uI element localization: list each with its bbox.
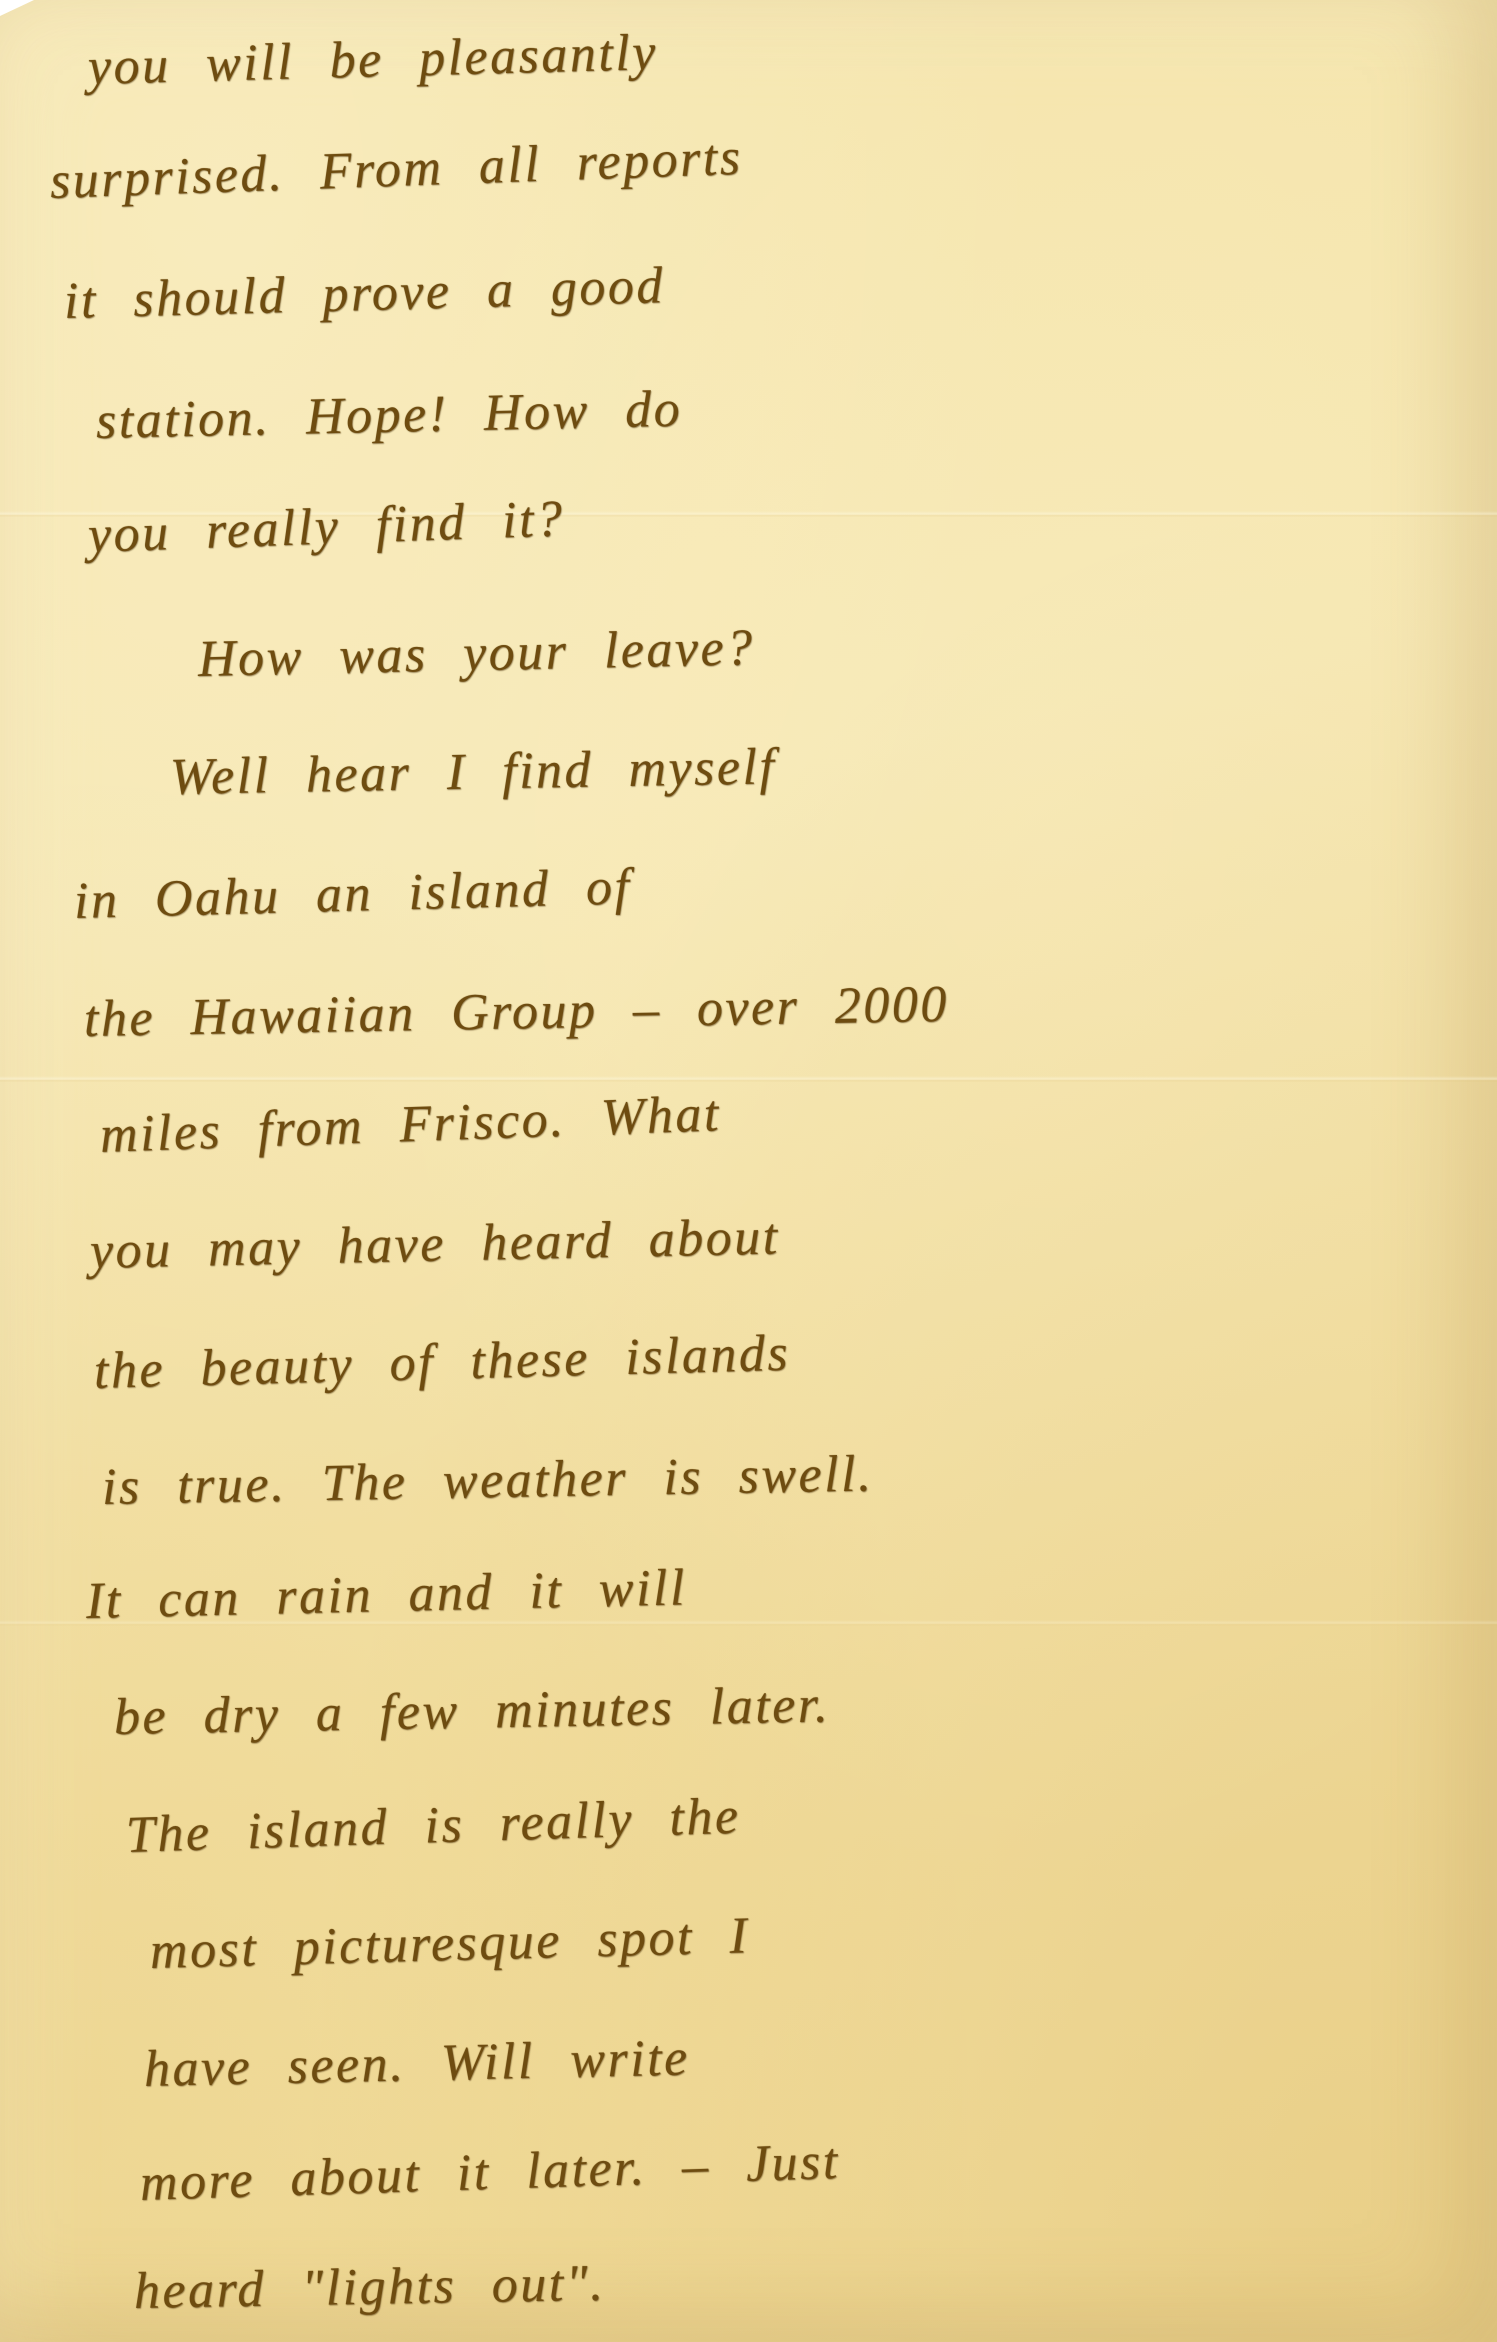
handwriting-block: you will be pleasantly surprised. From a… — [0, 0, 1497, 2342]
scanned-letter-screenshot: { "document": { "kind": "handwritten let… — [0, 0, 1497, 2342]
handwriting-line-4: station. Hope! How do — [95, 380, 682, 451]
handwriting-line-9: the Hawaiian Group – over 2000 — [83, 975, 949, 1049]
handwriting-line-13: is true. The weather is swell. — [101, 1445, 873, 1517]
handwriting-line-19: more about it later. – Just — [139, 2132, 841, 2213]
handwriting-line-5: you really find it? — [87, 489, 566, 565]
handwriting-line-15: be dry a few minutes later. — [113, 1676, 830, 1747]
handwriting-line-3: it should prove a good — [63, 256, 665, 331]
handwriting-line-20: heard "lights out". — [133, 2254, 606, 2321]
handwriting-line-16: The island is really the — [125, 1787, 741, 1865]
handwriting-line-12: the beauty of these islands — [93, 1324, 791, 1401]
handwriting-line-11: you may have heard about — [89, 1208, 780, 1281]
handwriting-line-18: have seen. Will write — [143, 2029, 690, 2099]
handwriting-line-14: It can rain and it will — [85, 1558, 687, 1631]
handwriting-line-6: How was your leave? — [197, 618, 755, 689]
handwriting-line-7: Well hear I find myself — [169, 737, 776, 807]
handwriting-line-8: in Oahu an island of — [73, 857, 632, 931]
handwriting-line-1: you will be pleasantly — [87, 23, 658, 97]
handwriting-line-10: miles from Frisco. What — [99, 1084, 722, 1165]
handwriting-line-2: surprised. From all reports — [49, 128, 743, 211]
handwriting-line-17: most picturesque spot I — [149, 1906, 750, 1981]
